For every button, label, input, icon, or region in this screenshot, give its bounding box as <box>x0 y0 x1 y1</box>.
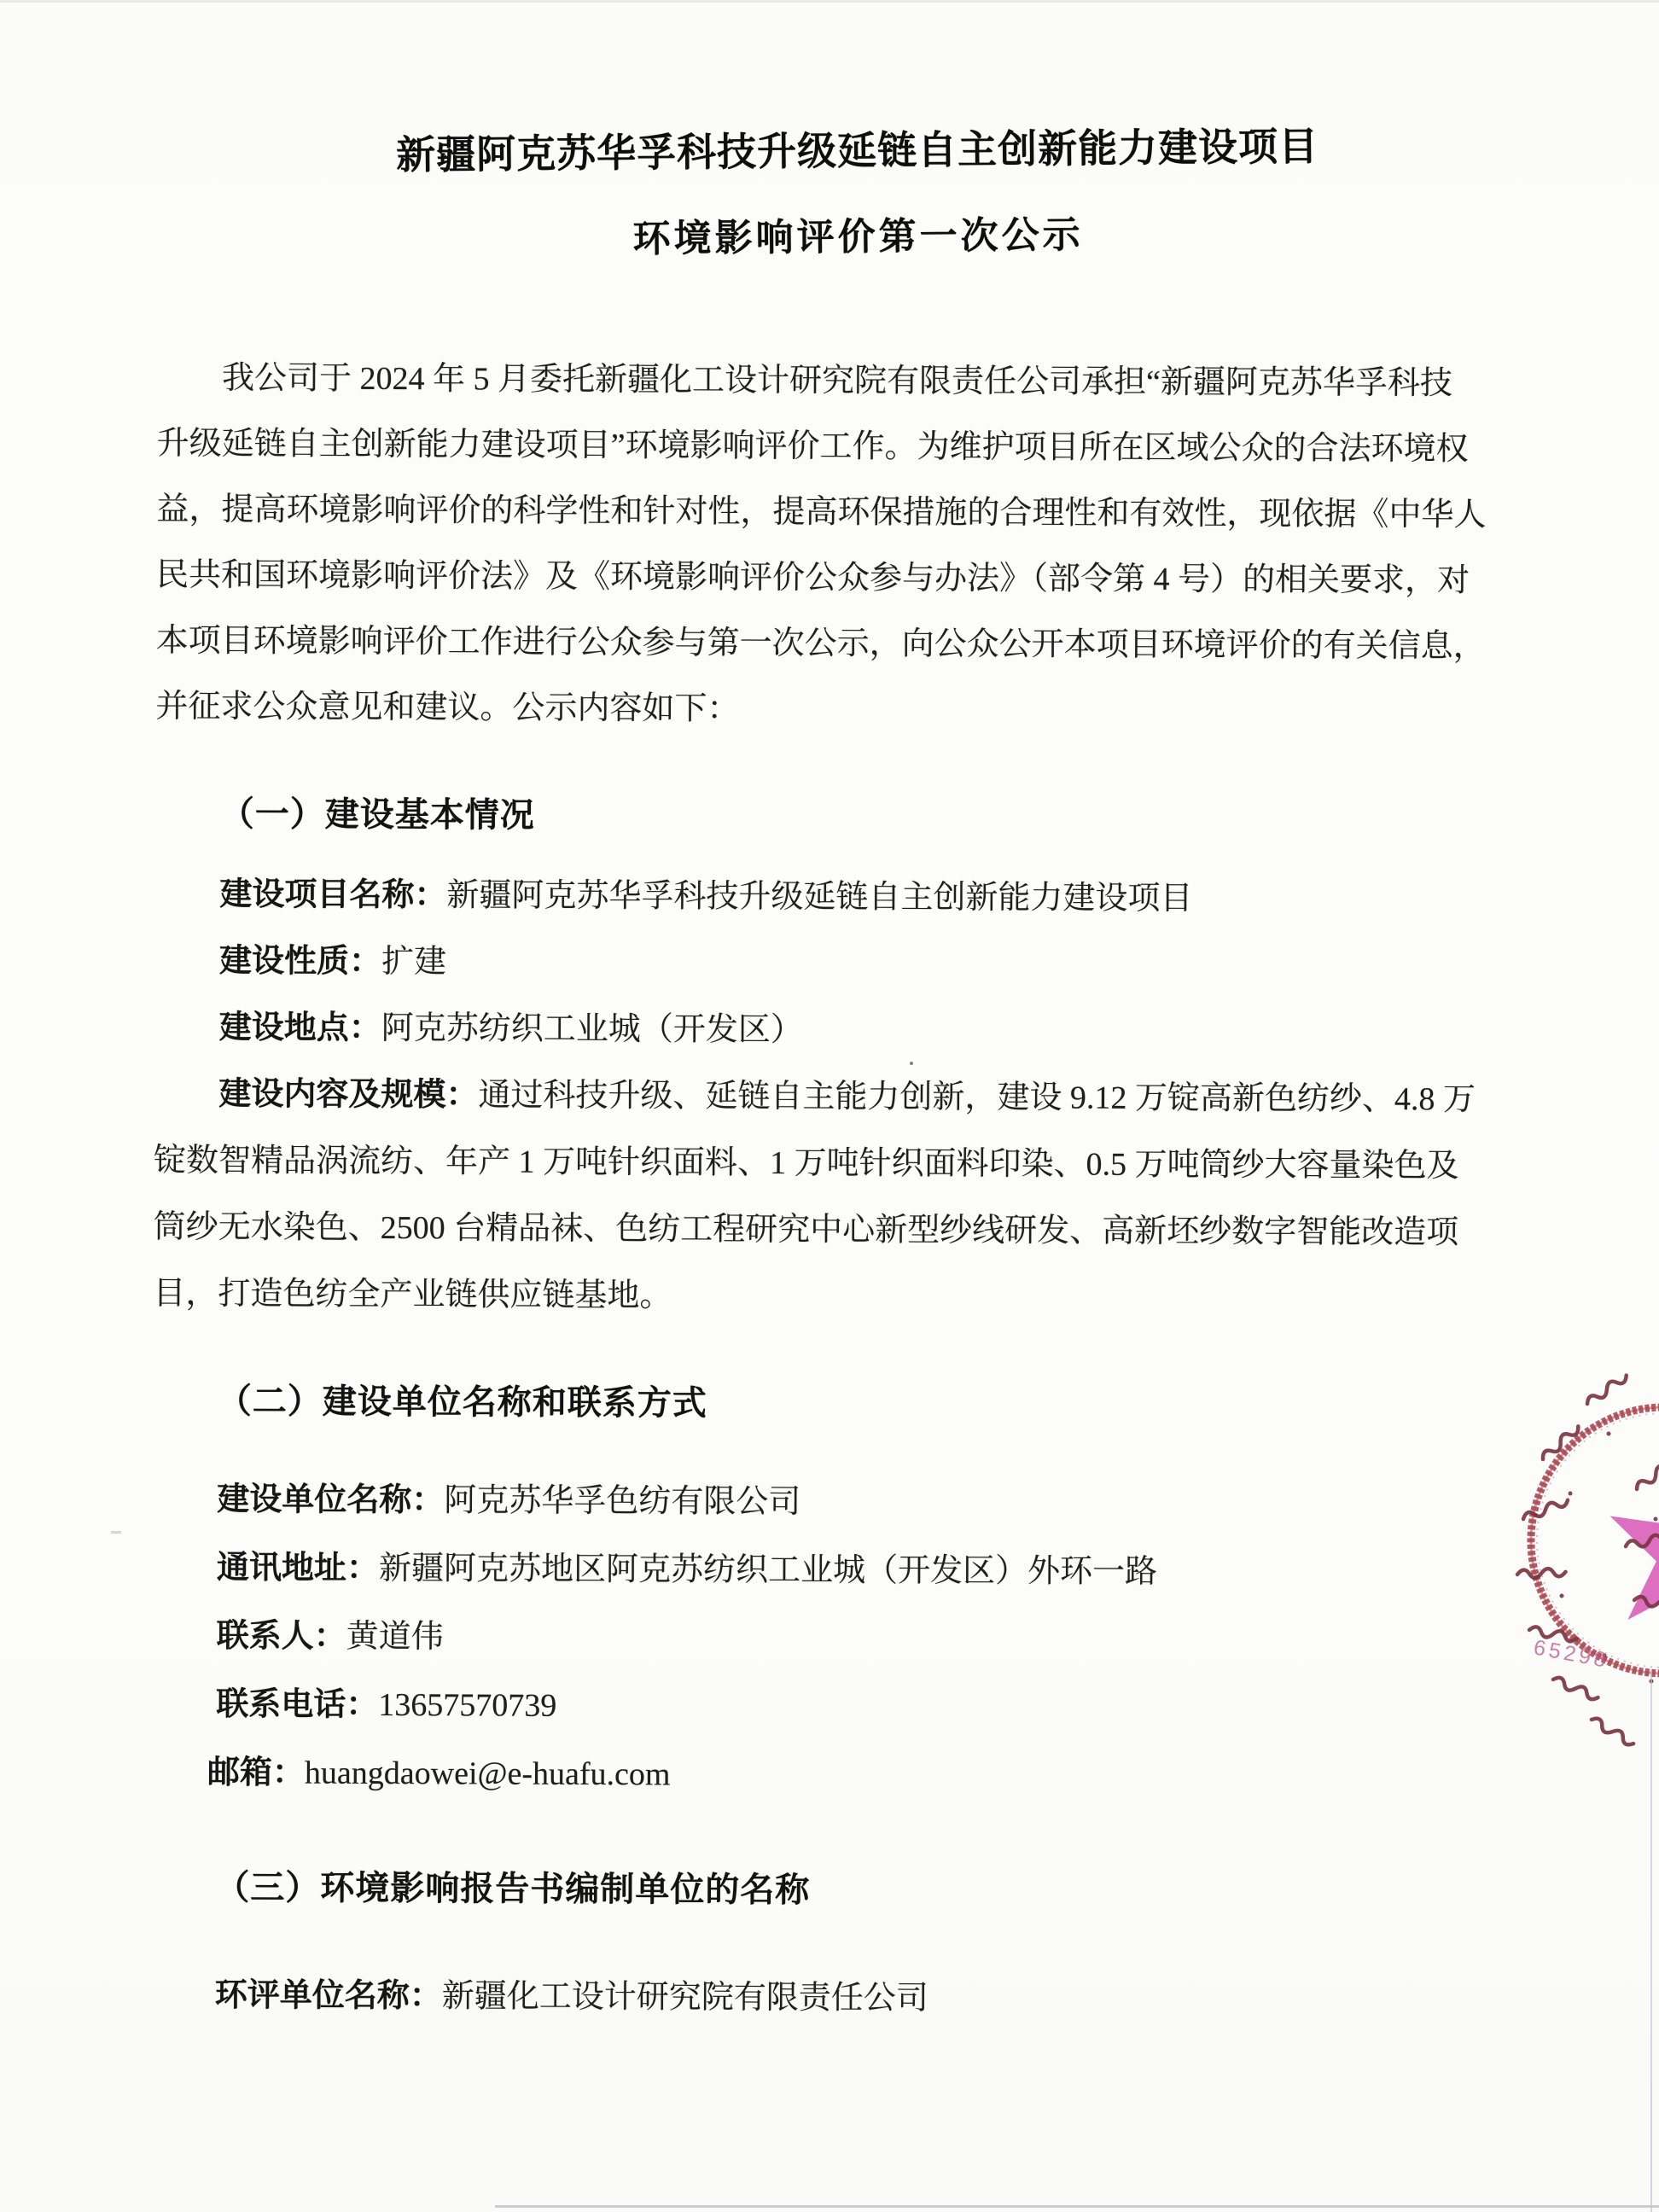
construction-site-value: 阿克苏纺织工业城（开发区） <box>381 1010 803 1048</box>
section3-items: 环评单位名称：新疆化工设计研究院有限责任公司 <box>150 1962 1545 2034</box>
intro-line: 民共和国环境影响评价法》及《环境影响评价公众参与办法》（部令第 4 号）的相关要… <box>156 543 1551 614</box>
scale-line: 目，打造色纺全产业链供应链基地。 <box>153 1260 1547 1333</box>
document-title-block: 新疆阿克苏华孚科技升级延链自主创新能力建设项目 环境影响评价第一次公示 <box>159 0 1556 266</box>
email-value: huangdaowei@e-huafu.com <box>305 1755 671 1793</box>
scan-edge-artifact-bottom <box>495 2205 1659 2208</box>
mailing-address-value: 新疆阿克苏地区阿克苏纺织工业城（开发区）外环一路 <box>379 1551 1157 1590</box>
scale-value: 通过科技升级、延链自主能力创新，建设 9.12 万锭高新色纺纱、4.8 万 <box>478 1077 1476 1117</box>
contact-person-row: 联系人：黄道伟 <box>151 1602 1545 1676</box>
company-name-row: 建设单位名称：阿克苏华孚色纺有限公司 <box>152 1465 1546 1540</box>
project-name-value: 新疆阿克苏华孚科技升级延链自主创新能力建设项目 <box>446 877 1192 917</box>
mailing-address-label: 通讯地址： <box>217 1550 379 1586</box>
contact-phone-label: 联系电话： <box>216 1686 378 1723</box>
document-content: 新疆阿克苏华孚科技升级延链自主创新能力建设项目 环境影响评价第一次公示 我公司于… <box>0 0 1659 2034</box>
section3-heading: （三）环境影响报告书编制单位的名称 <box>150 1861 1545 1920</box>
eia-unit-label: 环评单位名称： <box>215 1977 442 2014</box>
construction-nature-row: 建设性质：扩建 <box>154 928 1549 1000</box>
construction-site-label: 建设地点： <box>219 1010 381 1046</box>
mailing-address-row: 通讯地址：新疆阿克苏地区阿克苏纺织工业城（开发区）外环一路 <box>152 1534 1546 1608</box>
scale-line: 锭数智精品涡流纺、年产 1 万吨针织面料、1 万吨针织面料印染、0.5 万吨筒纱… <box>154 1127 1548 1200</box>
scan-speck <box>910 1062 913 1065</box>
project-name-row: 建设项目名称：新疆阿克苏华孚科技升级延链自主创新能力建设项目 <box>154 861 1549 934</box>
email-label: 邮箱： <box>207 1755 305 1790</box>
construction-nature-label: 建设性质： <box>219 943 381 980</box>
section2-items: 建设单位名称：阿克苏华孚色纺有限公司 通讯地址：新疆阿克苏地区阿克苏纺织工业城（… <box>151 1465 1547 1813</box>
intro-line: 益，提高环境影响评价的科学性和针对性，提高环保措施的合理性和有效性，现依据《中华… <box>156 477 1551 549</box>
scale-line: 筒纱无水染色、2500 台精品袜、色纺工程研究中心新型纱线研发、高新坯纱数字智能… <box>154 1194 1548 1266</box>
scan-edge-artifact-top <box>0 0 1659 3</box>
scale-label: 建设内容及规模： <box>218 1076 478 1113</box>
construction-site-row: 建设地点：阿克苏纺织工业城（开发区） <box>154 994 1549 1067</box>
intro-line: 本项目环境影响评价工作进行公众参与第一次公示，向公众公开本项目环境评价的有关信息… <box>156 608 1551 680</box>
email-row: 邮箱：huangdaowei@e-huafu.com <box>151 1738 1545 1813</box>
red-seal-stamp: 65298 <box>1434 1314 1659 1775</box>
section2-heading: （二）建设单位名称和联系方式 <box>153 1375 1547 1434</box>
scanned-document-page: 新疆阿克苏华孚科技升级延链自主创新能力建设项目 环境影响评价第一次公示 我公司于… <box>0 0 1659 2212</box>
project-name-label: 建设项目名称： <box>219 876 446 913</box>
company-name-label: 建设单位名称： <box>217 1481 444 1518</box>
document-title-line2: 环境影响评价第一次公示 <box>160 209 1555 267</box>
section1-items: 建设项目名称：新疆阿克苏华孚科技升级延链自主创新能力建设项目 建设性质：扩建 建… <box>153 861 1549 1333</box>
contact-person-label: 联系人： <box>217 1618 346 1655</box>
intro-line: 升级延链自主创新能力建设项目”环境影响评价工作。为维护项目所在区域公众的合法环境… <box>157 411 1551 483</box>
contact-phone-row: 联系电话：13657570739 <box>151 1670 1545 1744</box>
scan-edge-artifact-right <box>1650 1669 1652 2212</box>
eia-unit-value: 新疆化工设计研究院有限责任公司 <box>442 1978 928 2016</box>
scan-speck <box>111 1531 121 1534</box>
section1-heading: （一）建设基本情况 <box>155 788 1550 847</box>
intro-paragraph: 我公司于 2024 年 5 月委托新疆化工设计研究院有限责任公司承担“新疆阿克苏… <box>155 346 1551 746</box>
construction-nature-value: 扩建 <box>381 944 446 980</box>
company-name-value: 阿克苏华孚色纺有限公司 <box>444 1482 800 1520</box>
intro-line: 我公司于 2024 年 5 月委托新疆化工设计研究院有限责任公司承担“新疆阿克苏… <box>157 346 1551 417</box>
contact-person-value: 黄道伟 <box>346 1619 444 1655</box>
contact-phone-value: 13657570739 <box>378 1687 556 1724</box>
intro-line: 并征求公众意见和建议。公示内容如下： <box>155 674 1550 746</box>
eia-unit-row: 环评单位名称：新疆化工设计研究院有限责任公司 <box>150 1962 1545 2034</box>
document-title-line1: 新疆阿克苏华孚科技升级延链自主创新能力建设项目 <box>159 0 1555 181</box>
scale-line: 建设内容及规模：通过科技升级、延链自主能力创新，建设 9.12 万锭高新色纺纱、… <box>154 1061 1548 1133</box>
